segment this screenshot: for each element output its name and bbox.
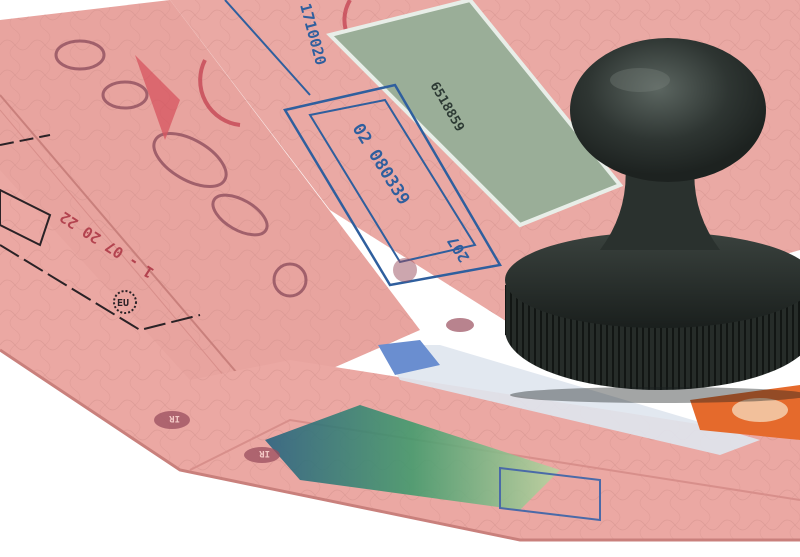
eu-mark: EU (117, 298, 129, 309)
svg-text:IR: IR (169, 413, 180, 423)
photo-illustration: 6518859 02 080339 207 1710020 1 - 07 20 … (0, 0, 800, 557)
svg-text:IR: IR (259, 448, 270, 458)
passport-photo: 6518859 02 080339 207 1710020 1 - 07 20 … (0, 0, 800, 557)
